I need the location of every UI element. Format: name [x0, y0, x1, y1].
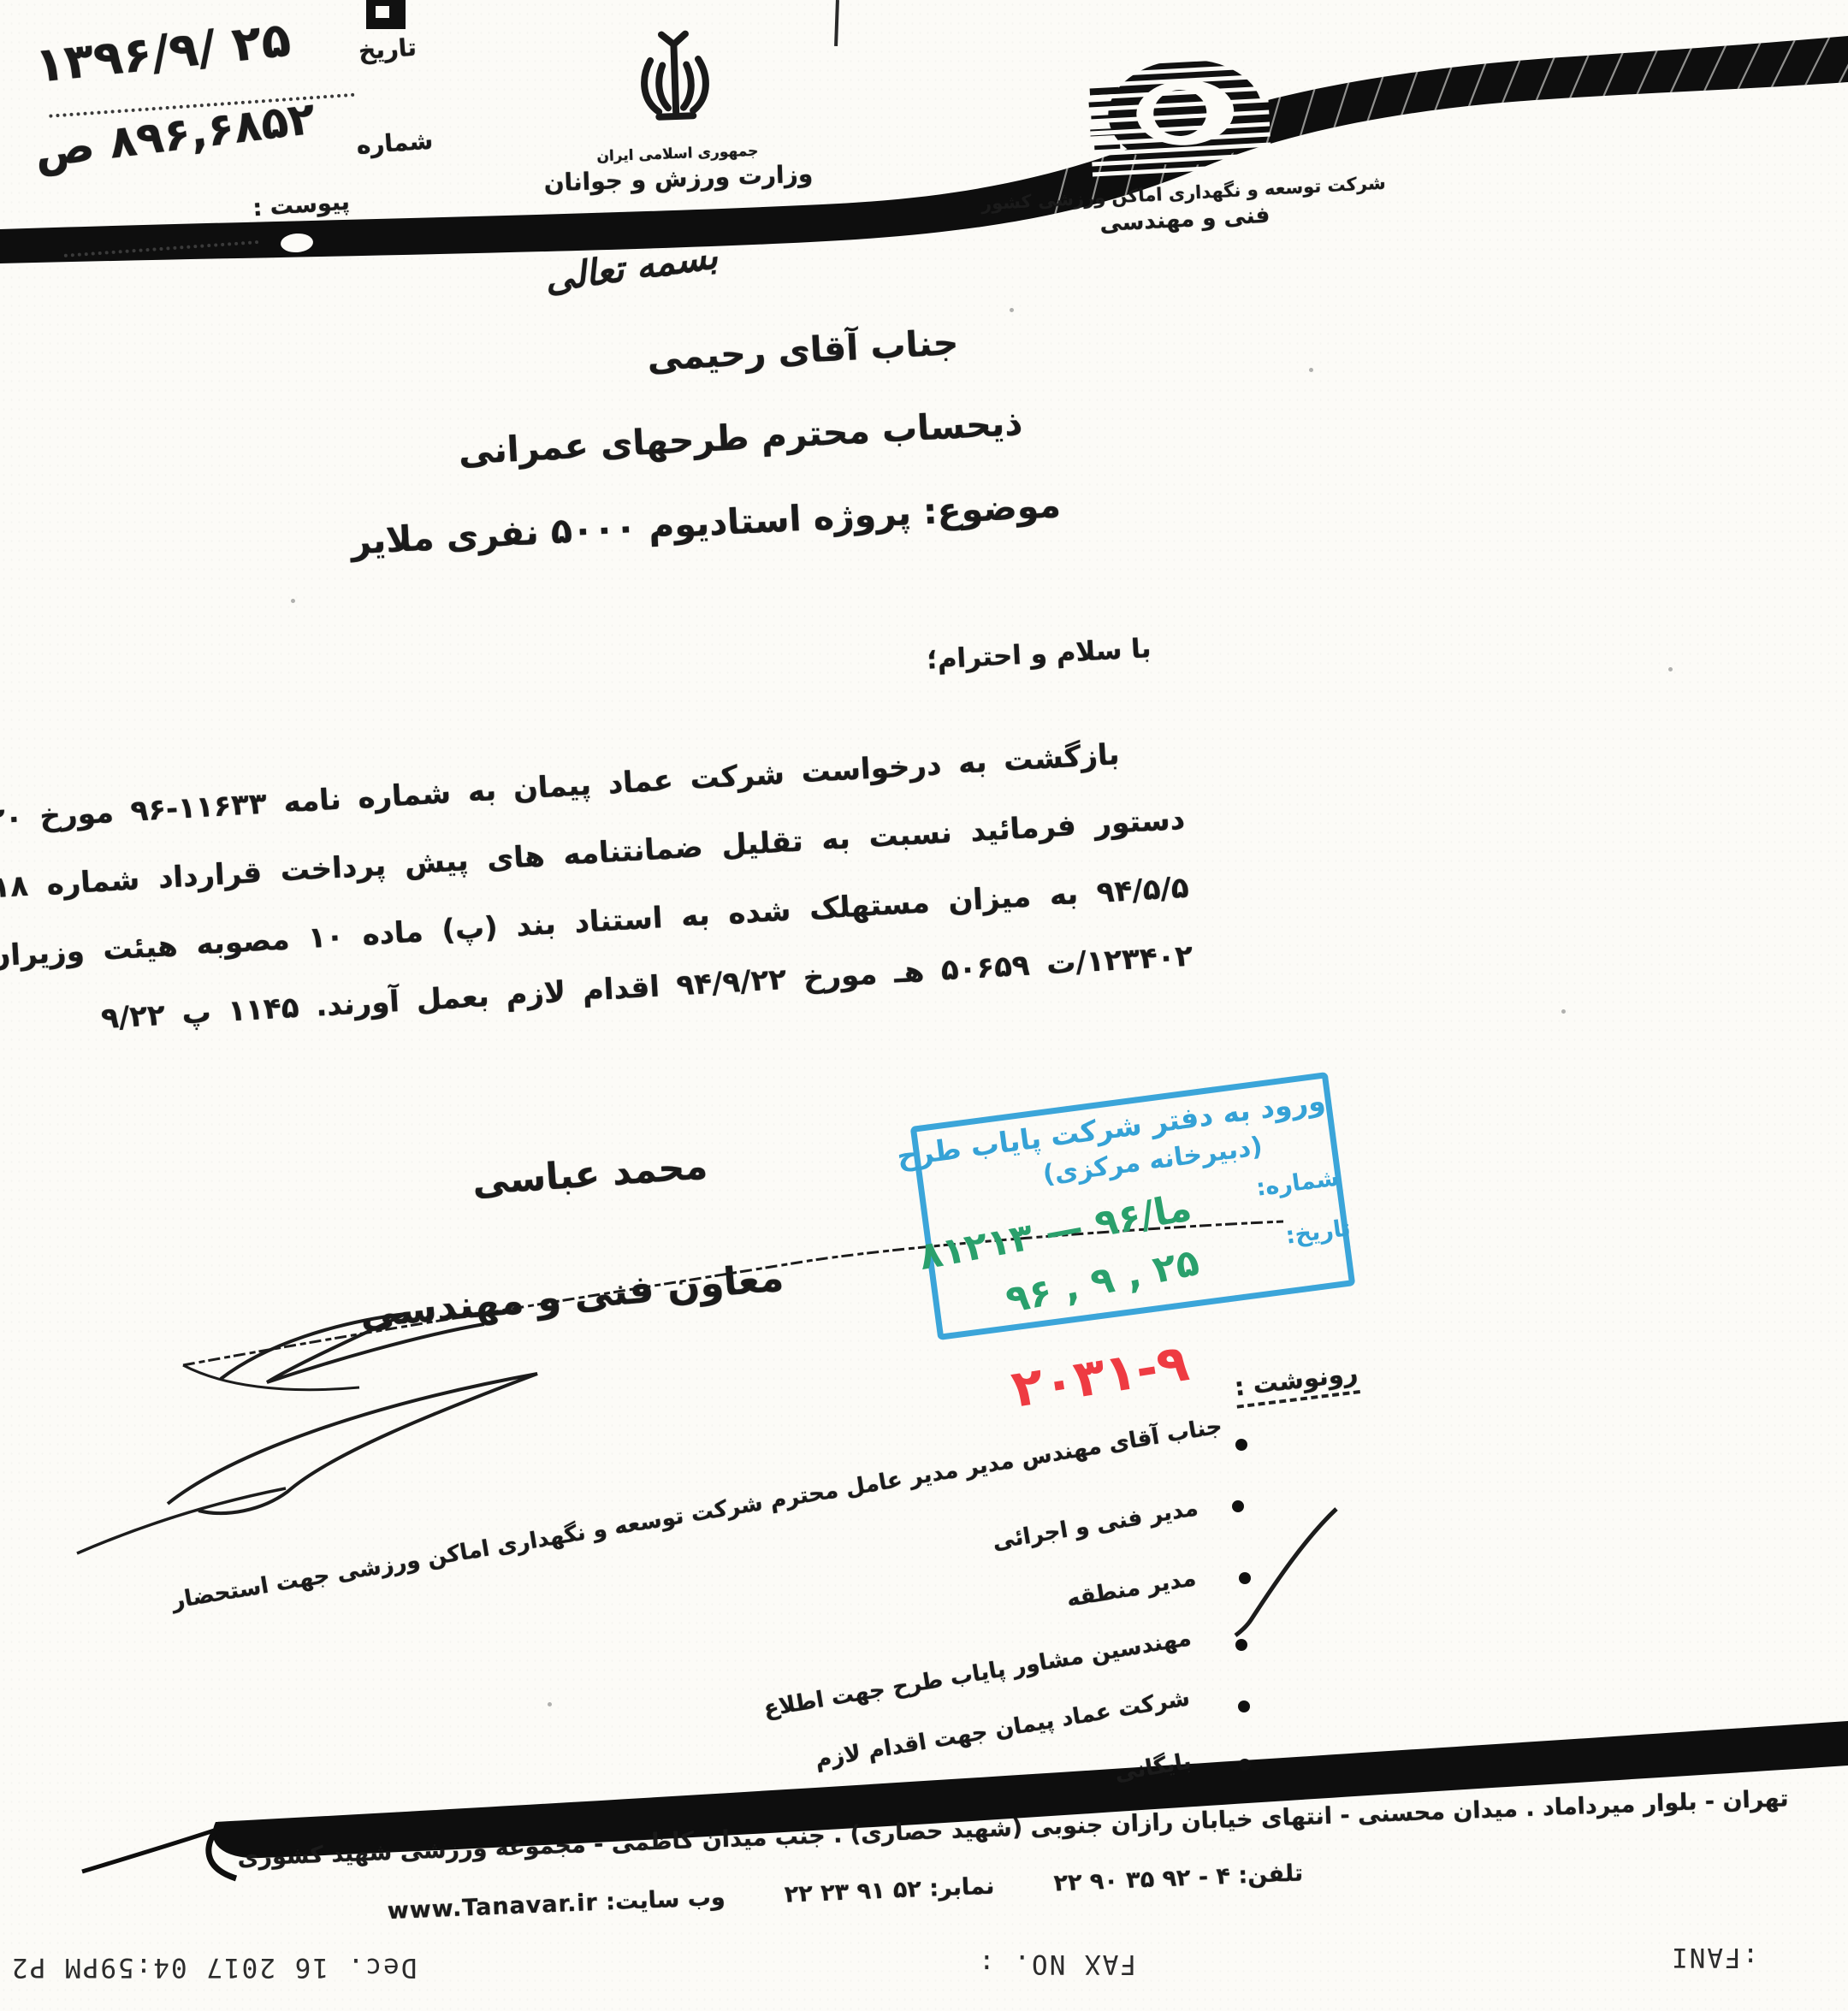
scan-speckle — [548, 1702, 552, 1706]
salutation: با سلام و احترام؛ — [926, 633, 1152, 676]
scan-speckle — [1561, 1009, 1566, 1014]
iran-coat-of-arms-icon — [617, 22, 734, 146]
stamp-date-label: تاریخ: — [1284, 1215, 1353, 1250]
cc-item: جناب آقای مهندس مدیر مدیر عامل محترم شرک… — [169, 1413, 1223, 1614]
besmele-script: بسمه تعالی — [542, 234, 720, 300]
scanned-letter-page: تاریخ ۱۳۹۶/۹/ ۲۵ شماره ۸۹۶,۶۸۵۲ ص پیوست … — [0, 0, 1848, 2011]
bullet-dot — [1239, 1759, 1251, 1771]
footer-fax: نمابر: ۲۲ ۲۳ ۹۱ ۵۲ — [784, 1872, 995, 1907]
phone-value: ۲۲ ۹۰ ۳۵ ۹۲ - ۴ — [1053, 1863, 1231, 1897]
fax-value: ۲۲ ۲۳ ۹۱ ۵۲ — [784, 1876, 921, 1908]
cc-item: بایگانی — [1113, 1748, 1193, 1786]
bullet-dot — [1239, 1572, 1251, 1584]
cc-title: رونوشت : — [1233, 1357, 1360, 1408]
scan-speckle — [291, 599, 295, 603]
fax-label: نمابر: — [929, 1872, 995, 1902]
fax-station-id-rotated: :FANI — [1670, 1942, 1758, 1973]
stamp-number-label: شماره: — [1254, 1164, 1340, 1201]
corner-box-notch — [376, 6, 389, 18]
footer-phone: تلفن: ۲۲ ۹۰ ۳۵ ۹۲ - ۴ — [1053, 1860, 1304, 1896]
recipient-name: جناب آقای رحیمی — [646, 322, 959, 379]
bullet-dot — [1238, 1700, 1250, 1712]
bullet-dot — [1232, 1500, 1244, 1512]
website-value: www.Tanavar.ir — [387, 1890, 598, 1925]
cc-item: مدیر منطقه — [1065, 1565, 1198, 1612]
bullet-dot — [1235, 1439, 1247, 1451]
fax-timestamp-rotated: Dec. 16 2017 04:59PM P2 — [10, 1952, 417, 1983]
scan-speckle — [1309, 368, 1313, 372]
striped-oval-logo-icon — [1087, 45, 1273, 185]
recipient-title: ذیحساب محترم طرحهای عمرانی — [458, 402, 1024, 472]
ministry-letterhead: جمهوری اسلامی ایران وزارت ورزش و جوانان — [536, 19, 816, 197]
entry-stamp: ورود به دفتر شرکت پایاب طرح (دبیرخانه مر… — [910, 1072, 1356, 1340]
bullet-dot — [1235, 1639, 1247, 1651]
attachment-dotted-line — [64, 240, 259, 257]
footer-website: وب سایت: www.Tanavar.ir — [387, 1884, 726, 1925]
check-mark — [1235, 1509, 1336, 1635]
fax-number-label-rotated: FAX NO. : — [977, 1949, 1136, 1979]
attachment-label: پیوست : — [252, 188, 350, 222]
corner-registration-box — [366, 0, 406, 29]
scan-speckle — [1010, 308, 1014, 312]
footer-address: تهران - بلوار میرداماد . میدان محسنی - ا… — [195, 1783, 1831, 1872]
subject-line: موضوع: پروژه استادیوم ۵۰۰۰ نفری ملایر — [350, 484, 1062, 562]
date-label: تاریخ — [358, 33, 418, 66]
handwritten-date: ۱۳۹۶/۹/ ۲۵ — [33, 12, 293, 94]
website-label: وب سایت: — [606, 1884, 726, 1916]
letter-body: بازگشت به درخواست شرکت عماد پیمان به شما… — [77, 717, 1194, 1054]
footer-contact-line: تلفن: ۲۲ ۹۰ ۳۵ ۹۲ - ۴ نمابر: ۲۲ ۲۳ ۹۱ ۵۲… — [315, 1859, 1324, 1927]
signer-title: معاون فنی و مهندسی — [358, 1254, 785, 1336]
reference-block: تاریخ ۱۳۹۶/۹/ ۲۵ شماره ۸۹۶,۶۸۵۲ ص پیوست … — [7, 0, 503, 285]
top-edge-tick-mark — [834, 0, 839, 46]
red-handwritten-number: ۲۰۳۱-۹ — [1008, 1333, 1193, 1420]
cc-item: مدیر فنی و اجرائی — [991, 1495, 1200, 1555]
company-letterhead: شرکت توسعه و نگهداری اماکن ورزشی کشور فن… — [971, 39, 1391, 244]
scan-speckle — [1668, 667, 1673, 671]
signer-name: محمد عباسی — [471, 1144, 709, 1204]
phone-label: تلفن: — [1238, 1860, 1304, 1889]
number-label: شماره — [356, 127, 435, 160]
